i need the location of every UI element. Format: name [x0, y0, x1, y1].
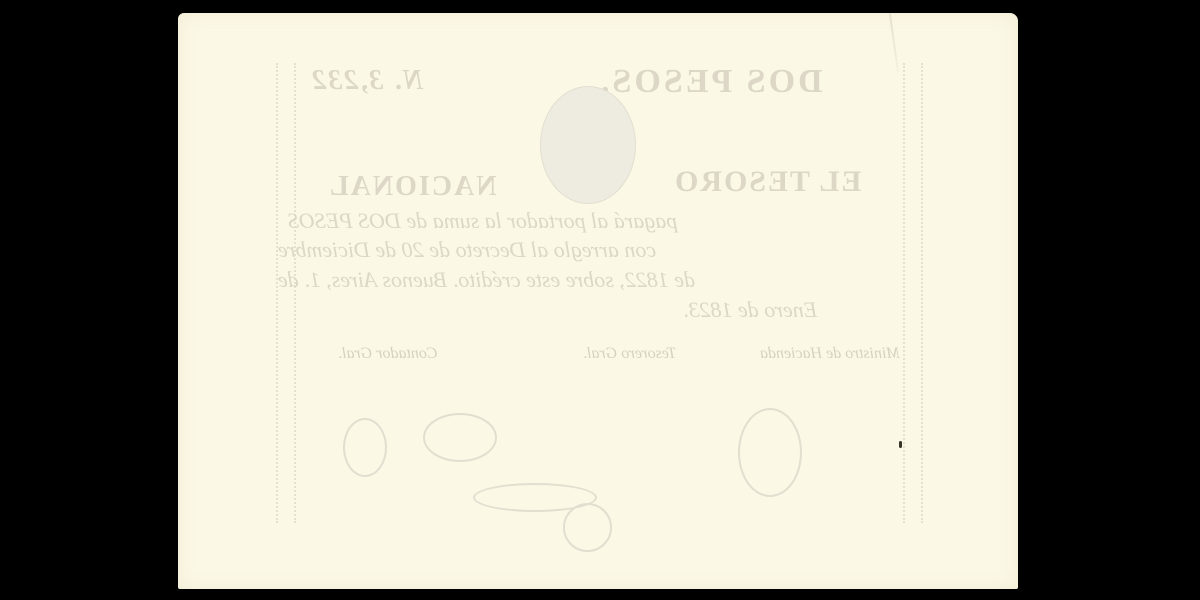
- banknote-paper: DOS PESOS. N. 3,232 EL TESORO NACIONAL p…: [178, 13, 1018, 589]
- signature-label: Tesorero Gral.: [583, 345, 676, 363]
- oval-seal: [540, 86, 636, 204]
- denomination-title: DOS PESOS.: [598, 63, 823, 101]
- ink-spot: [899, 441, 902, 448]
- body-line: con arreglo al Decreto de 20 de Diciembr…: [278, 237, 656, 263]
- signature-label: Ministro de Hacienda: [760, 345, 900, 363]
- heading-text-2: NACIONAL: [328, 171, 496, 203]
- right-ornamental-border: [903, 63, 923, 523]
- signature-label: Contador Gral.: [338, 345, 438, 363]
- signature-flourish: [563, 503, 612, 552]
- serial-number: N. 3,232: [310, 65, 423, 97]
- signature-flourish: [738, 408, 802, 497]
- body-line: pagará al portador la suma de DOS PESOS: [288, 208, 677, 234]
- body-line: Enero de 1823.: [683, 297, 817, 323]
- signature-flourish: [423, 413, 497, 462]
- left-ornamental-border: [276, 63, 296, 523]
- paper-crease: [889, 13, 899, 73]
- body-line: de 1822, sobre este crédito. Buenos Aire…: [278, 267, 695, 293]
- signature-flourish: [343, 418, 387, 477]
- heading-text: EL TESORO: [673, 165, 861, 199]
